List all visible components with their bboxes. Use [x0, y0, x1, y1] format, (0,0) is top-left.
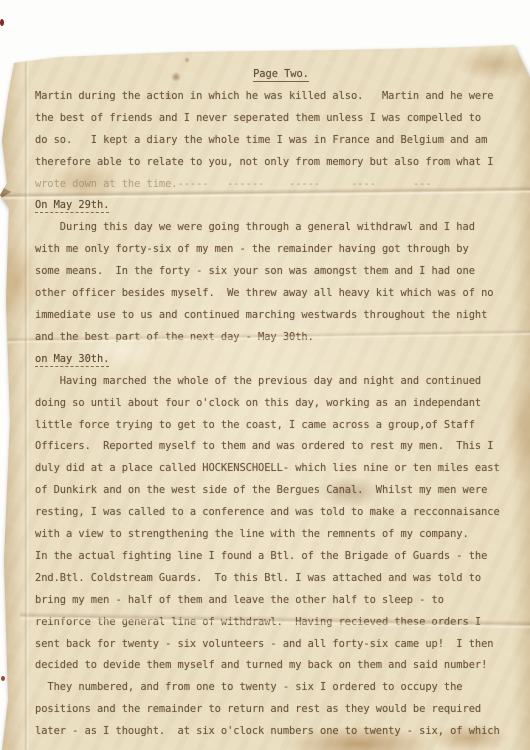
- text-line-content: with me only forty-six of my men - the r…: [35, 243, 469, 256]
- text-line: resting, I was called to a conference an…: [35, 502, 527, 524]
- text-line-content: and the best part of the next day - May …: [35, 331, 314, 344]
- text-line-content: on May 30th.: [35, 353, 109, 367]
- text-line-content: with a view to strengthening the line wi…: [35, 528, 469, 541]
- text-line: duly did at a place called HOCKENSCHOELL…: [35, 458, 527, 480]
- text-line: On May 29th.: [35, 195, 527, 217]
- text-line: some means. In the forty - six your son …: [35, 261, 527, 283]
- text-line-content: do so. I kept a diary the whole time I w…: [35, 134, 487, 147]
- text-line-content: some means. In the forty - six your son …: [35, 265, 475, 278]
- text-line: little force trying to get to the coast,…: [35, 415, 527, 437]
- text-line-content: They numbered, and from one to twenty - …: [35, 681, 463, 694]
- text-line: reinforce the general line of withdrawl.…: [35, 612, 527, 634]
- text-line: the best of friends and I never seperate…: [35, 108, 527, 130]
- text-line: with me only forty-six of my men - the r…: [35, 239, 527, 261]
- text-line-content: later - as I thought. at six o'clock num…: [35, 725, 500, 738]
- scan-background: Page Two. Martin during the action in wh…: [0, 0, 530, 750]
- text-line: Page Two.: [35, 64, 527, 86]
- text-line-content: of Dunkirk and on the west side of the B…: [35, 484, 487, 497]
- text-line: 2nd.Btl. Coldstream Guards. To this Btl.…: [35, 568, 527, 590]
- text-line: later - as I thought. at six o'clock num…: [35, 721, 527, 743]
- text-line-content: Page Two.: [253, 68, 309, 82]
- text-line: doing so until about four o'clock on thi…: [35, 393, 527, 415]
- text-line: Martin during the action in which he was…: [35, 86, 527, 108]
- text-line: Officers. Reported myself to them and wa…: [35, 436, 527, 458]
- text-line: wrote down at the time.----- ------ ----…: [35, 174, 527, 196]
- text-line: Having marched the whole of the previous…: [35, 371, 527, 393]
- text-line-content: other officer besides myself. We threw a…: [35, 287, 493, 300]
- text-line-content: Having marched the whole of the previous…: [35, 375, 481, 388]
- text-line-content: resting, I was called to a conference an…: [35, 506, 500, 519]
- text-line-content: therefore able to relate to you, not onl…: [35, 156, 493, 169]
- text-line-content: In the actual fighting line I found a Bt…: [35, 550, 487, 563]
- text-line-content: the best of friends and I never seperate…: [35, 112, 481, 125]
- red-speck-bottom: [1, 676, 5, 681]
- text-line: with a view to strengthening the line wi…: [35, 524, 527, 546]
- red-speck: [0, 19, 4, 26]
- text-line-content: little force trying to get to the coast,…: [35, 419, 475, 432]
- text-line-content: positions and the remainder to return an…: [35, 703, 481, 716]
- letter-paper: Page Two. Martin during the action in wh…: [0, 0, 530, 750]
- text-line: other officer besides myself. We threw a…: [35, 283, 527, 305]
- text-line-content: Officers. Reported myself to them and wa…: [35, 440, 493, 453]
- text-line: of Dunkirk and on the west side of the B…: [35, 480, 527, 502]
- text-line: In the actual fighting line I found a Bt…: [35, 546, 527, 568]
- paper-fold-pinch: [0, 186, 11, 199]
- paper-shadow: Page Two. Martin during the action in wh…: [0, 0, 530, 750]
- text-line: therefore able to relate to you, not onl…: [35, 152, 527, 174]
- text-line-content: During this day we were going through a …: [35, 221, 475, 234]
- letter-text: Page Two. Martin during the action in wh…: [35, 64, 527, 743]
- text-line: positions and the remainder to return an…: [35, 699, 527, 721]
- text-line-content: On May 29th.: [35, 199, 109, 213]
- paper-crease-vertical: [24, 52, 29, 750]
- text-line: do so. I kept a diary the whole time I w…: [35, 130, 527, 152]
- text-line-content: doing so until about four o'clock on thi…: [35, 397, 481, 410]
- text-line: They numbered, and from one to twenty - …: [35, 677, 527, 699]
- text-line-content: sent back for twenty - six volunteers - …: [35, 638, 493, 651]
- text-line: sent back for twenty - six volunteers - …: [35, 634, 527, 656]
- text-line-content: reinforce the general line of withdrawl.…: [35, 616, 481, 629]
- text-line-content: wrote down at the time.----- ------ ----…: [35, 178, 432, 191]
- text-line: immediate use to us and continued marchi…: [35, 305, 527, 327]
- text-line: bring my men - half of them and leave th…: [35, 590, 527, 612]
- text-line-content: immediate use to us and continued marchi…: [35, 309, 487, 322]
- text-line-content: Martin during the action in which he was…: [35, 90, 493, 103]
- text-line-content: 2nd.Btl. Coldstream Guards. To this Btl.…: [35, 572, 481, 585]
- text-line-content: bring my men - half of them and leave th…: [35, 594, 444, 607]
- text-line-content: decided to devide them myself and turned…: [35, 659, 487, 672]
- text-line: decided to devide them myself and turned…: [35, 655, 527, 677]
- text-line: and the best part of the next day - May …: [35, 327, 527, 349]
- text-line: During this day we were going through a …: [35, 217, 527, 239]
- text-line: on May 30th.: [35, 349, 527, 371]
- text-line-content: duly did at a place called HOCKENSCHOELL…: [35, 462, 500, 475]
